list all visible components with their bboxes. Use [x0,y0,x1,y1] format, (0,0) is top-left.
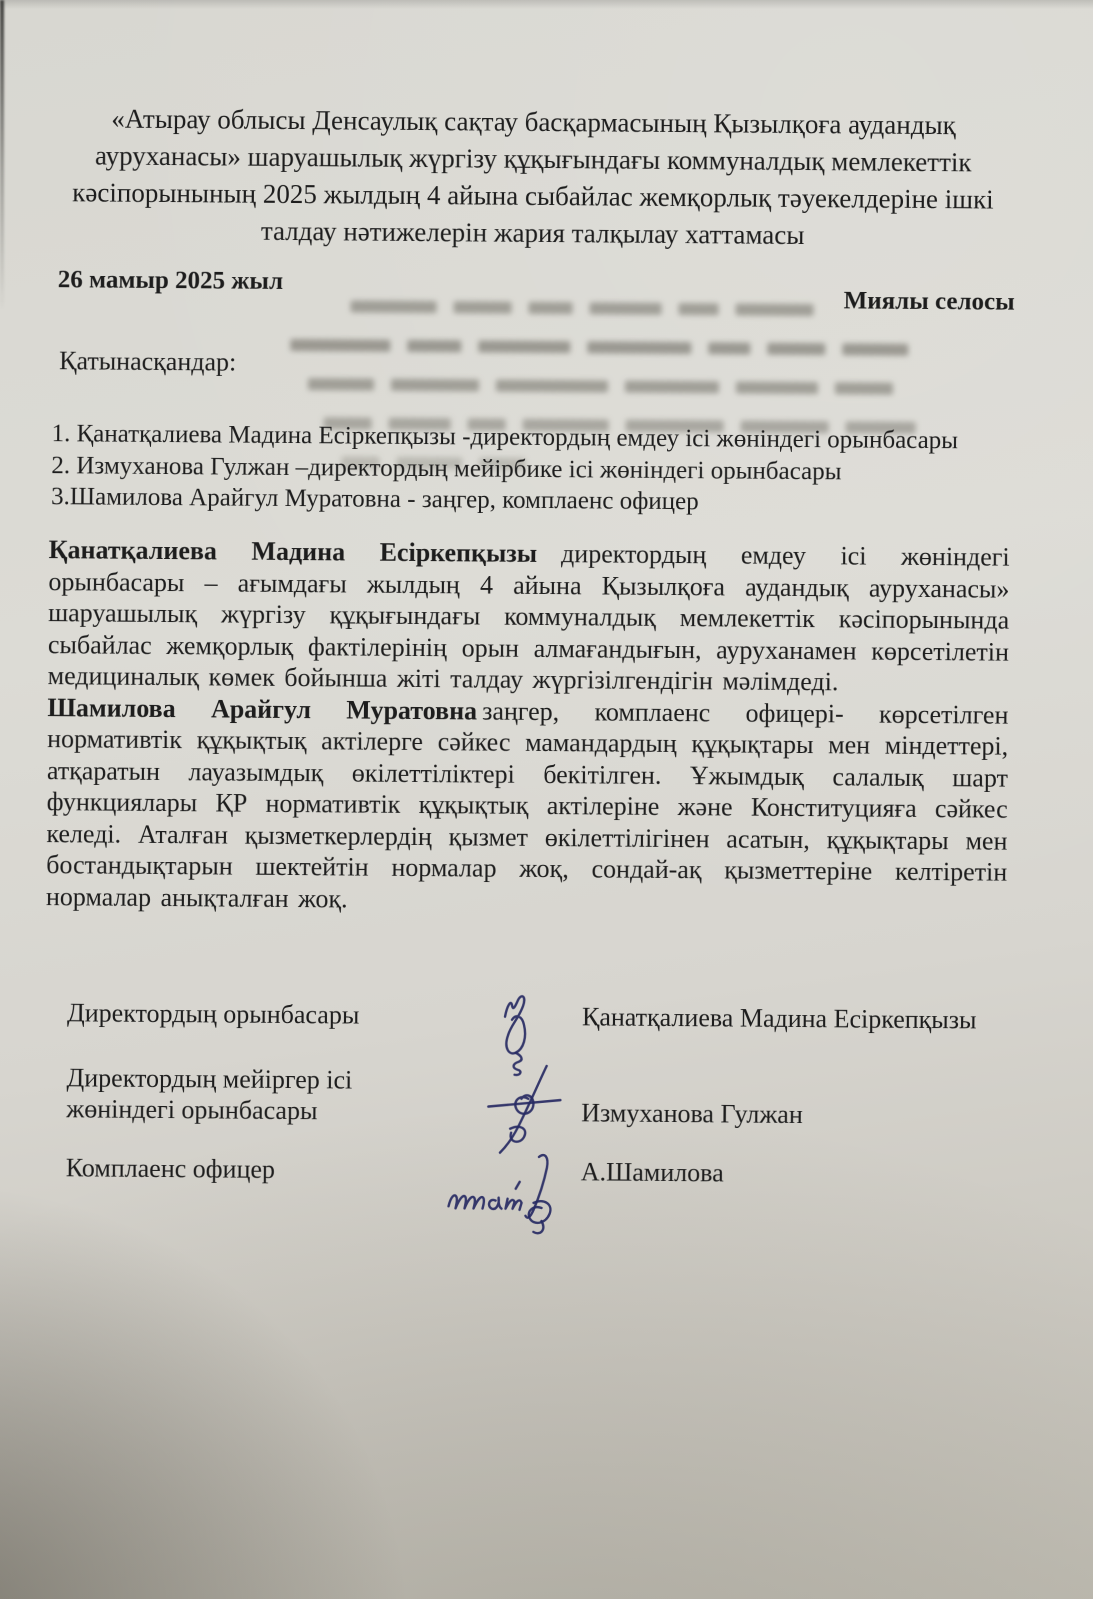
bleed-through-word [835,382,893,394]
top-edge-shadow [0,0,1093,9]
signature-role: Директордың орынбасары [67,997,437,1031]
bleed-through-word [496,380,608,393]
document-title-line: кәсіпорынының 2025 жылдың 4 айына сыбайл… [53,174,1012,219]
page-sheet: «Атырау облысы Денсаулық сақтау басқарма… [0,0,1093,1599]
bleed-through-word [767,343,825,355]
left-edge-shadow [0,0,4,310]
paragraph-text: заңгер, комплаенс офицері- көрсетілген н… [46,696,1009,913]
signature-name: Қанатқалиева Мадина Есіркепқызы [582,1001,1010,1036]
bleed-through-word [478,340,570,353]
signature-ink-3 [443,1142,572,1239]
document-content: «Атырау облысы Денсаулық сақтау басқарма… [0,0,1093,1599]
signature-block: Директордың орынбасары Қанатқалиева Мади… [46,997,1010,1191]
bleed-through-word [529,302,573,314]
participant-item: 3.Шамилова Арайгул Муратовна - заңгер, к… [51,481,1034,520]
date-label: 26 мамыр 2025 жыл [58,266,283,296]
bleed-through-word [407,340,461,352]
bleed-through-word [454,301,512,313]
bleed-through-word [736,303,814,316]
signature-role: Директордың мейіргер ісі жөніндегі орынб… [66,1062,436,1128]
bleed-through-word [736,381,818,394]
participants-list: 1. Қанатқалиева Мадина Есіркепқызы -дире… [51,418,1035,520]
bleed-through-word [351,300,437,313]
bleed-through-word [625,381,719,394]
bleed-through-word [679,303,719,315]
bleed-through-word [308,378,374,391]
body-paragraphs: Қанатқалиева Мадина Есіркепқызыдиректорд… [46,534,1010,920]
body-paragraph: Қанатқалиева Мадина Есіркепқызыдиректорд… [48,534,1010,699]
bleed-through-word [587,341,691,354]
bleed-through-line [290,339,1047,358]
bleed-through-word [290,339,390,352]
paragraph-lead-name: Қанатқалиева Мадина Есіркепқызы [49,535,538,568]
participants-heading: Қатынасқандар: [59,346,236,377]
document-title-line: талдау нәтижелерін жария талқылау хаттам… [53,211,1012,256]
bleed-through-word [842,343,908,356]
signature-role: Комплаенс офицер [66,1152,436,1186]
paragraph-lead-name: Шамилова Арайгул Муратовна [47,693,477,725]
bleed-through-word [708,342,750,354]
bleed-through-word [590,302,662,315]
bleed-through-line [308,378,1047,397]
bleed-through-word [391,379,479,392]
signature-name: Измуханова Гулжан [581,1097,1009,1132]
body-paragraph: Шамилова Арайгул Муратовназаңгер, компла… [46,692,1009,920]
signature-name: А.Шамилова [581,1156,1009,1191]
document-title: «Атырау облысы Денсаулық сақтау басқарма… [53,100,1013,256]
